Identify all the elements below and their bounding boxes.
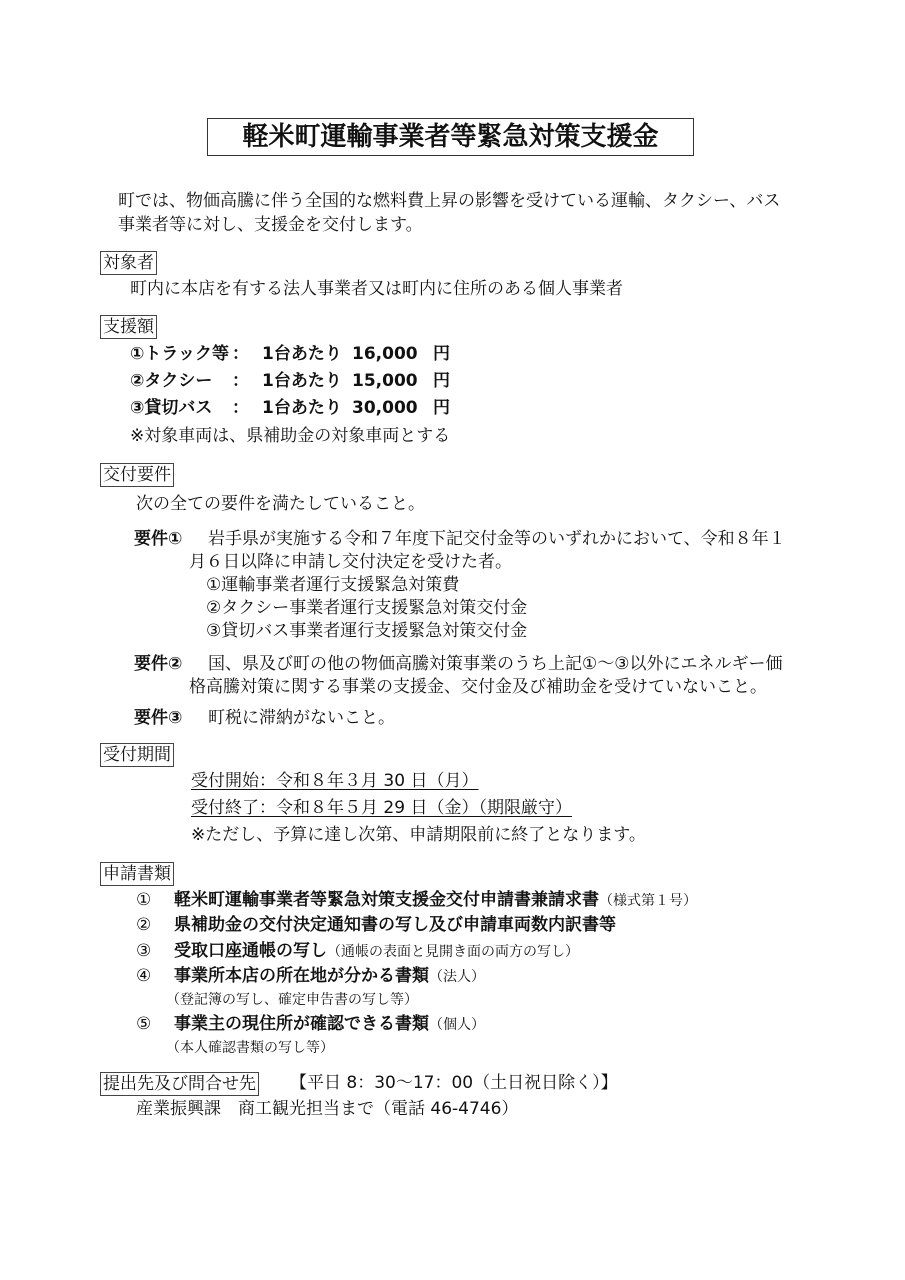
amount-value: 30,000 <box>352 397 418 419</box>
amount-sep: ： <box>232 343 249 365</box>
document-num: ④ <box>136 966 151 986</box>
document-item: ① <box>136 889 151 911</box>
section-label-target: 対象者 <box>100 251 157 275</box>
document-item-1: 軽米町運輸事業者等緊急対策支援金交付申請書兼請求書（様式第１号） <box>174 889 697 912</box>
document-suffix: （個人） <box>429 1017 485 1033</box>
amount-currency: 円 <box>433 343 450 365</box>
document-title: 受取口座通帳の写し <box>174 941 327 961</box>
target-body: 町内に本店を有する法人事業者又は町内に住所のある個人事業者 <box>130 278 623 300</box>
document-sub-4: （登記簿の写し、確定申告書の写し等） <box>166 990 418 1010</box>
requirements-lead: 次の全ての要件を満たしていること。 <box>136 493 425 515</box>
amount-sep: ： <box>232 370 249 392</box>
document-num: ⑤ <box>136 1014 151 1034</box>
amount-unit: 1台あたり <box>262 343 342 365</box>
amount-item-truck: ①トラック等 <box>130 343 229 365</box>
req1-subitem: ③貸切バス事業者運行支援緊急対策交付金 <box>206 620 527 642</box>
contact-body: 産業振興課 商工観光担当まで（電話 46-4746） <box>136 1098 518 1120</box>
document-suffix: （通帳の表面と見開き面の両方の写し） <box>327 944 579 960</box>
document-title: 事業所本店の所在地が分かる書類 <box>174 966 429 986</box>
period-start: 受付開始：令和８年３月 30 日（月） <box>191 770 478 792</box>
amount-sep: ： <box>232 397 249 419</box>
amount-name: ③貸切バス <box>130 398 212 418</box>
document-title: 事業主の現住所が確認できる書類 <box>174 1014 429 1034</box>
req1-line-1: 岩手県が実施する令和７年度下記交付金等のいずれかにおいて、令和８年１ <box>208 528 786 550</box>
intro-line-2: 事業者等に対し、支援金を交付します。 <box>118 214 423 236</box>
req1-subitem: ②タクシー事業者運行支援緊急対策交付金 <box>206 597 527 619</box>
document-suffix: （様式第１号） <box>599 893 697 909</box>
document-num: ② <box>136 915 151 935</box>
amount-name: ②タクシー <box>130 371 212 391</box>
document-item-2: 県補助金の交付決定通知書の写し及び申請車両数内訳書等 <box>174 914 616 936</box>
req1-tag: 要件① <box>134 528 182 550</box>
req2-tag: 要件② <box>134 653 182 675</box>
amount-name: ①トラック等 <box>130 344 229 364</box>
period-end: 受付終了：令和８年５月 29 日（金）（期限厳守） <box>191 797 572 819</box>
period-note: ※ただし、予算に達し次第、申請期限前に終了となります。 <box>191 824 646 846</box>
section-label-contact: 提出先及び問合せ先 <box>100 1072 259 1096</box>
amount-note: ※対象車両は、県補助金の対象車両とする <box>130 425 450 447</box>
req2-line-1: 国、県及び町の他の物価高騰対策事業のうち上記①～③以外にエネルギー価 <box>208 653 782 675</box>
intro-line-1: 町では、物価高騰に伴う全国的な燃料費上昇の影響を受けている運輸、タクシー、バス <box>118 190 780 212</box>
section-label-requirements: 交付要件 <box>100 463 174 487</box>
amount-value: 16,000 <box>352 343 418 365</box>
document-item-3: 受取口座通帳の写し（通帳の表面と見開き面の両方の写し） <box>174 940 579 963</box>
document-suffix: （法人） <box>429 969 485 985</box>
amount-unit: 1台あたり <box>262 397 342 419</box>
req1-line-2: 月６日以降に申請し交付決定を受けた者。 <box>189 551 512 573</box>
document-num: ③ <box>136 941 151 961</box>
amount-value: 15,000 <box>352 370 418 392</box>
section-label-documents: 申請書類 <box>100 862 174 886</box>
section-label-amount: 支援額 <box>100 315 157 339</box>
document-sub-5: （本人確認書類の写し等） <box>166 1038 334 1058</box>
amount-item-taxi: ②タクシー <box>130 370 212 392</box>
document-title: 県補助金の交付決定通知書の写し及び申請車両数内訳書等 <box>174 915 616 935</box>
document-item: ② <box>136 914 151 936</box>
document-item-4: 事業所本店の所在地が分かる書類（法人） <box>174 965 485 988</box>
document-item-5: 事業主の現住所が確認できる書類（個人） <box>174 1013 485 1036</box>
req3-tag: 要件③ <box>134 707 182 729</box>
document-item: ④ <box>136 965 151 987</box>
amount-item-bus: ③貸切バス <box>130 397 212 419</box>
amount-unit: 1台あたり <box>262 370 342 392</box>
document-title: 軽米町運輸事業者等緊急対策支援金交付申請書兼請求書 <box>174 890 599 910</box>
amount-currency: 円 <box>433 370 450 392</box>
document-item: ⑤ <box>136 1013 151 1035</box>
document-num: ① <box>136 890 151 910</box>
req1-subitem: ①運輸事業者運行支援緊急対策費 <box>206 574 459 596</box>
req2-line-2: 格高騰対策に関する事業の支援金、交付金及び補助金を受けていないこと。 <box>189 676 767 698</box>
amount-currency: 円 <box>433 397 450 419</box>
section-label-period: 受付期間 <box>100 743 174 767</box>
page-title: 軽米町運輸事業者等緊急対策支援金 <box>207 118 694 156</box>
req3-line-1: 町税に滞納がないこと。 <box>208 707 395 729</box>
contact-hours: 【平日 8：30～17：00（土日祝日除く）】 <box>290 1072 618 1094</box>
document-item: ③ <box>136 940 151 962</box>
